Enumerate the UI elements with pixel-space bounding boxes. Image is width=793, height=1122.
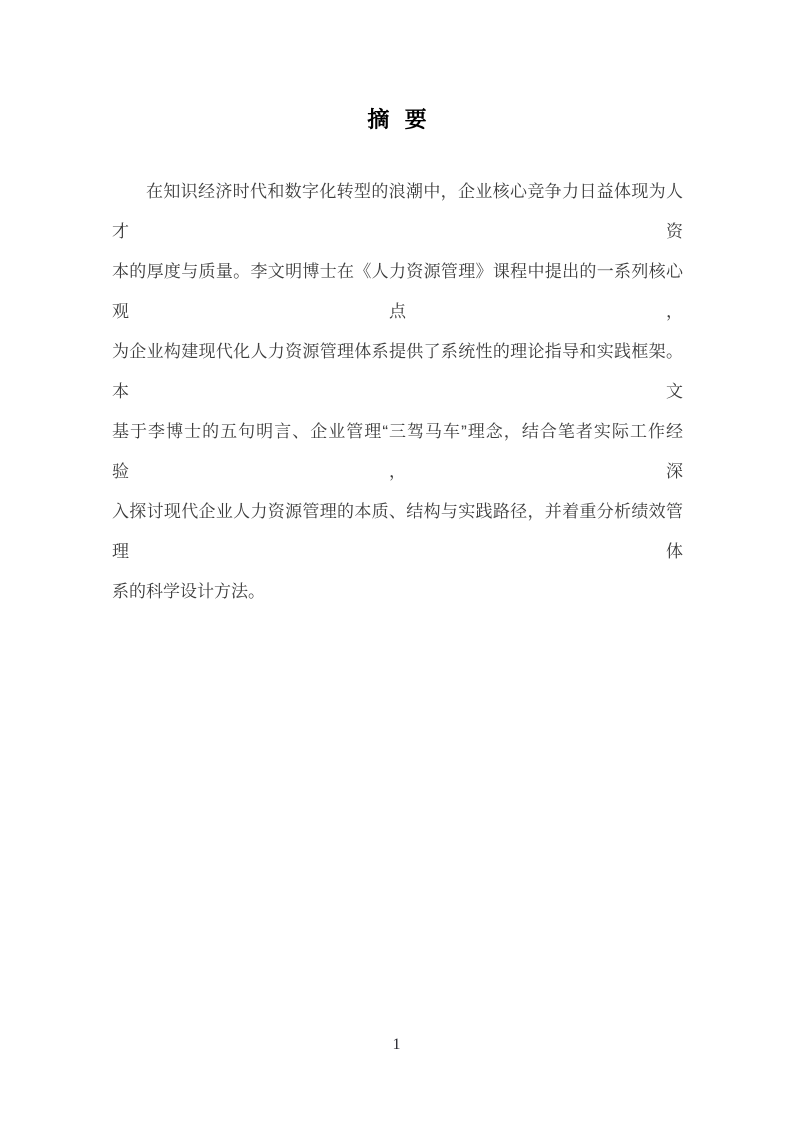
abstract-paragraph-line: 入探讨现代企业人力资源管理的本质、结构与实践路径，并着重分析绩效管理体 (112, 492, 683, 572)
abstract-paragraph-line: 在知识经济时代和数字化转型的浪潮中，企业核心竞争力日益体现为人才资 (112, 172, 683, 252)
document-page: 摘 要 在知识经济时代和数字化转型的浪潮中，企业核心竞争力日益体现为人才资 本的… (0, 0, 793, 1122)
abstract-paragraph-line: 为企业构建现代化人力资源管理体系提供了系统性的理论指导和实践框架。本文 (112, 332, 683, 412)
abstract-title: 摘 要 (112, 103, 683, 137)
abstract-paragraph-line: 基于李博士的五句明言、企业管理“三驾马车”理念，结合笔者实际工作经验，深 (112, 412, 683, 492)
abstract-paragraph-line: 系的科学设计方法。 (112, 572, 683, 612)
page-number: 1 (0, 1035, 793, 1055)
abstract-paragraph: 在知识经济时代和数字化转型的浪潮中，企业核心竞争力日益体现为人才资 本的厚度与质… (112, 172, 683, 612)
abstract-paragraph-line: 本的厚度与质量。李文明博士在《人力资源管理》课程中提出的一系列核心观点， (112, 252, 683, 332)
